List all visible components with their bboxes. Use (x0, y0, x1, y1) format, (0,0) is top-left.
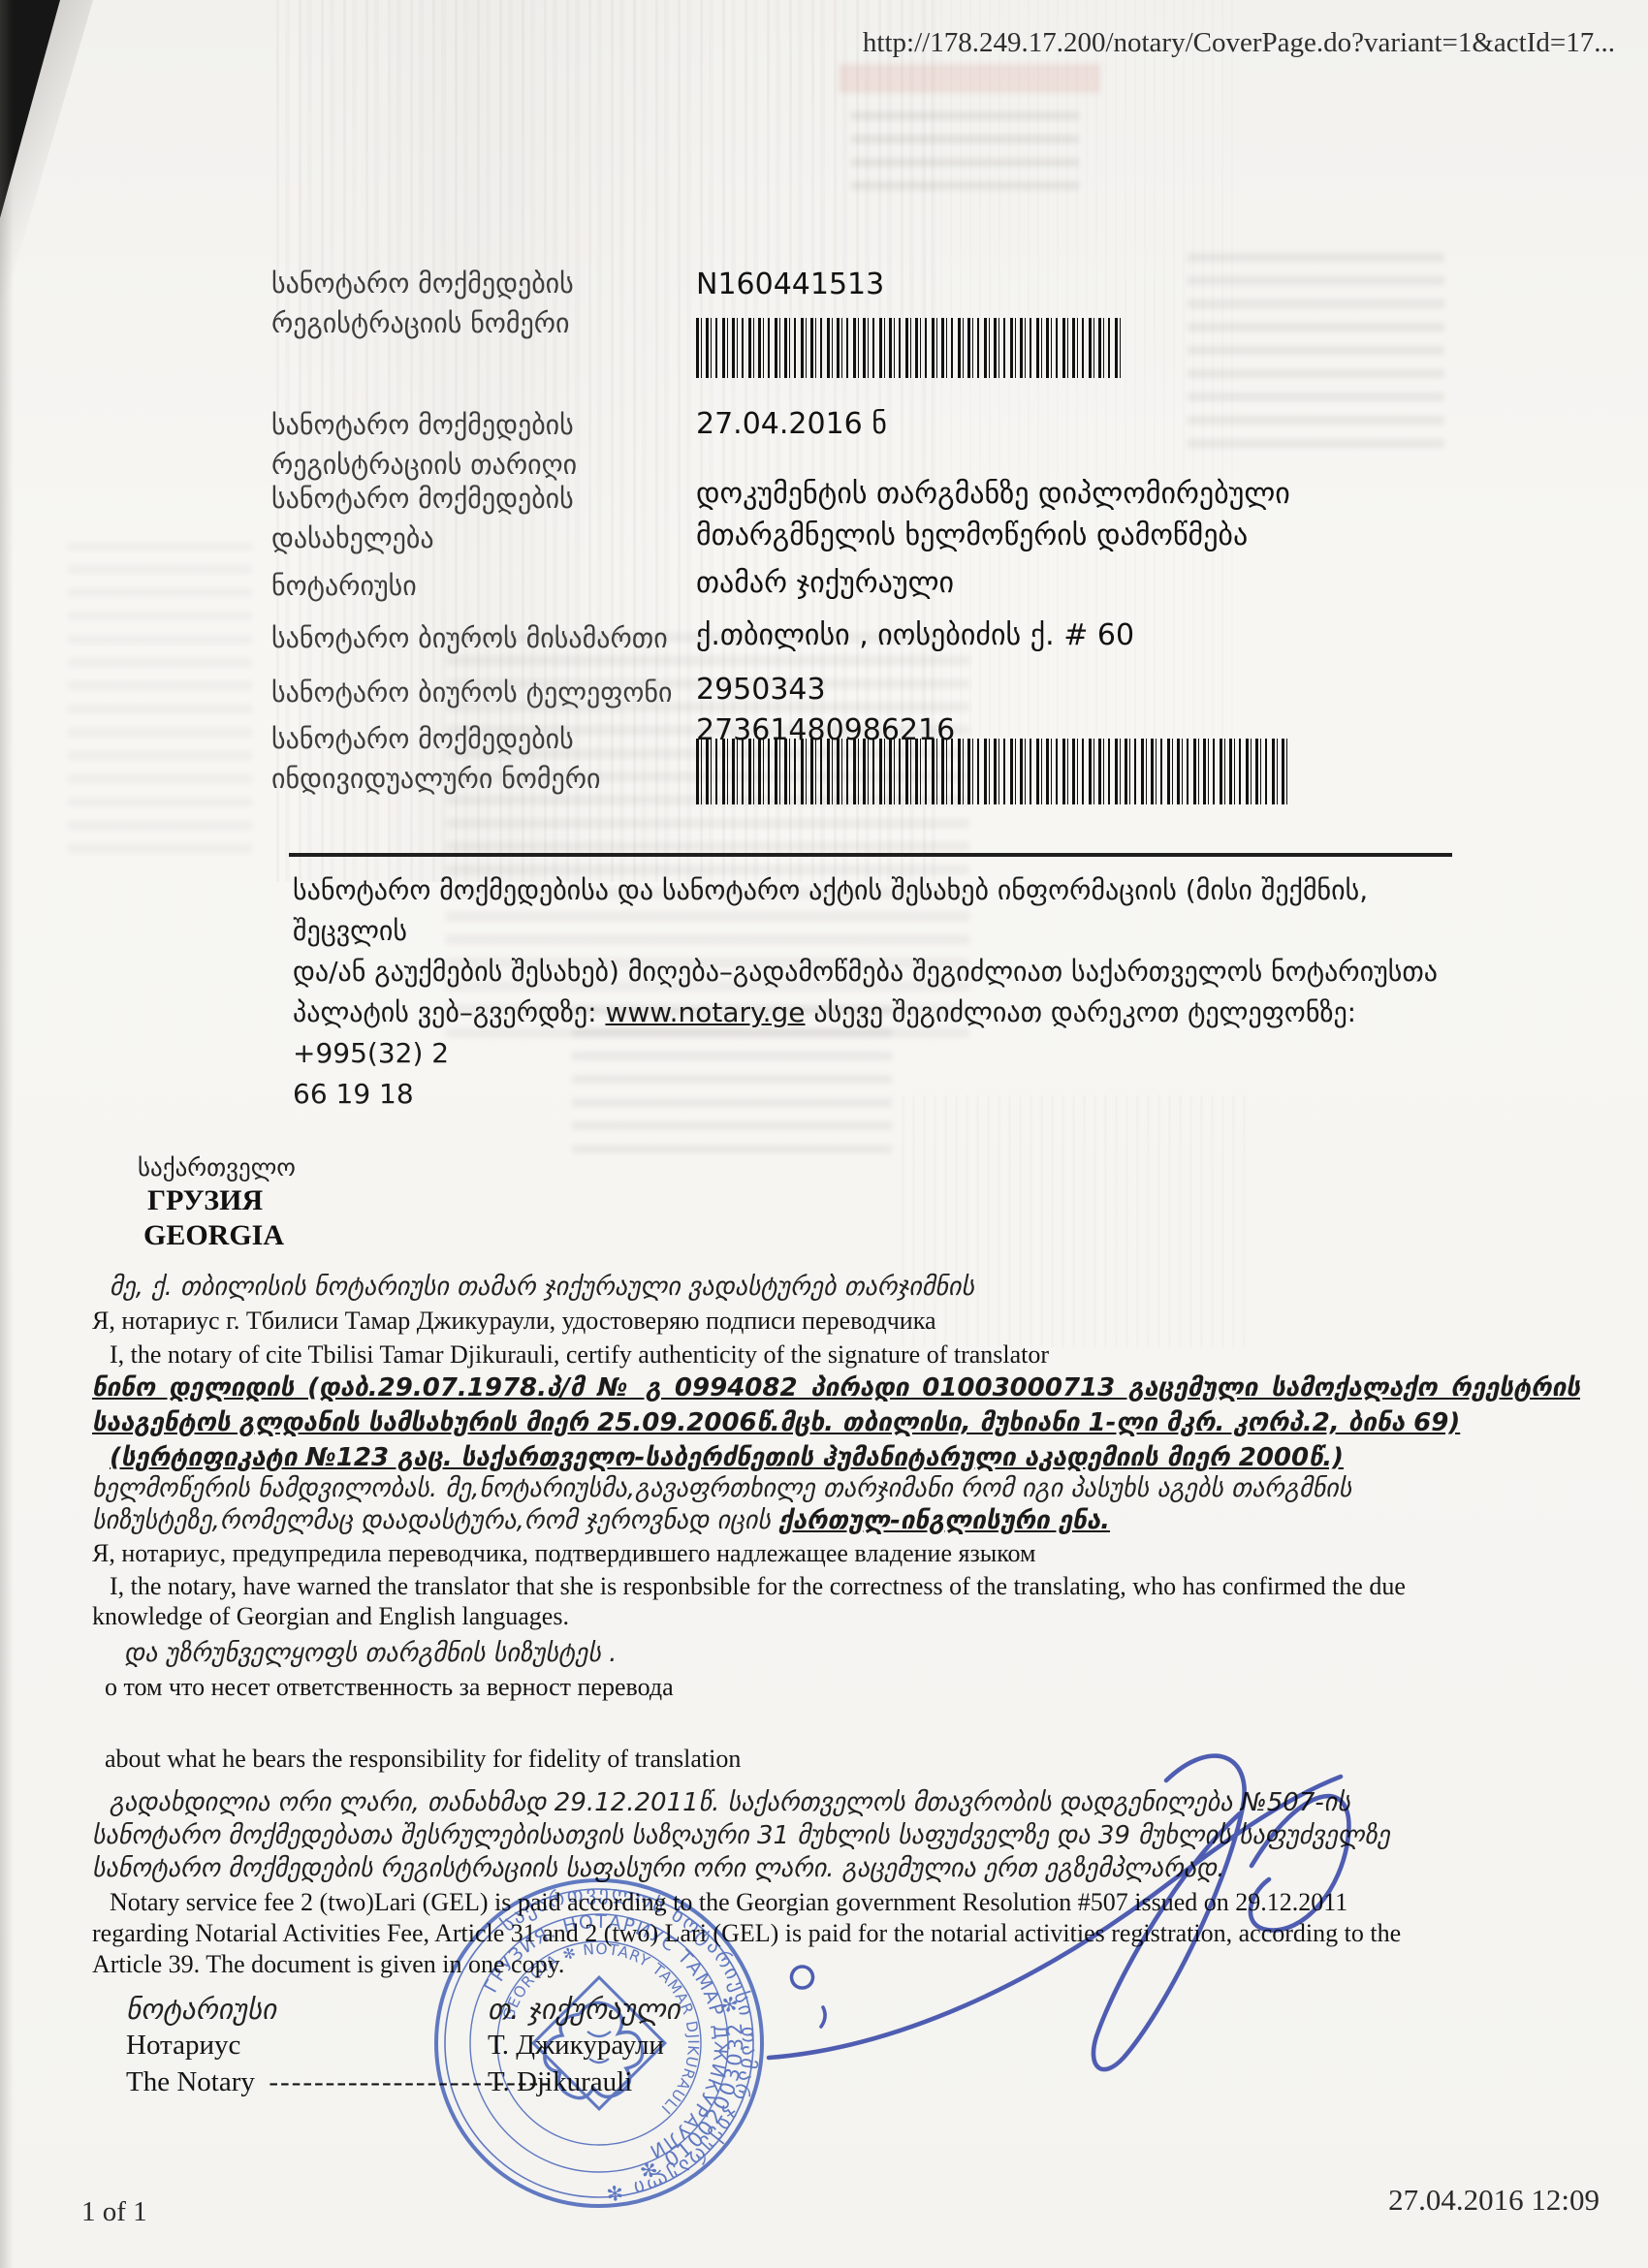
warning-georgian-line1: ხელმოწერის ნამდვილობას. მე,ნოტარიუსმა,გა… (92, 1473, 1590, 1505)
bureau-address-value: ქ.თბილისი , იოსებიძის ქ. # 60 (696, 614, 1134, 656)
signature-long-sweep (769, 1777, 1341, 2058)
statement-russian: Я, нотариус г. Тбилиси Тамар Джикураули,… (92, 1305, 1590, 1337)
individual-number-barcode (696, 739, 1289, 804)
info-line: სანოტარო მოქმედებისა და სანოტარო აქტის შ… (293, 870, 1471, 952)
sig-label-russian: Нотариус (126, 2030, 240, 2062)
field-label-individual-number: სანოტარო მოქმედების ინდივიდუალური ნომერი (271, 719, 601, 799)
bleed-through-ghost (68, 543, 252, 853)
act-name-value: დოკუმენტის თარგმანზე დიპლომირებული მთარგ… (696, 473, 1290, 556)
registration-number-barcode (696, 318, 1121, 378)
field-label-bureau-phone: სანოტარო ბიუროს ტელეფონი (271, 673, 672, 712)
stamp-ring-english-text: GEORGIA ✻ NOTARY TAMAR DJIKURAULI (499, 1940, 702, 2118)
translator-details-line2: სააგენტოს გლდანის სამსახურის მიერ 25.09.… (92, 1407, 1590, 1439)
warning-georgian-line2: სიზუსტეზე,რომელმაც დაადასტურა,რომ ჯეროვნ… (92, 1505, 1590, 1537)
registration-number-value: N160441513 (696, 264, 884, 305)
info-line: პალატის ვებ–გვერდზე: www.notary.ge ასევე… (293, 992, 1471, 1074)
signature-tall-loop (1093, 1756, 1245, 2069)
statement-georgian: მე, ქ. თბილისის ნოტარიუსი თამარ ჯიქურაულ… (92, 1272, 1607, 1304)
stamp-emblem-diamond (533, 1977, 665, 2109)
info-line: და/ან გაუქმების შესახებ) მიღება–გადამოწმ… (293, 952, 1471, 992)
bleed-through-ghost (839, 64, 1100, 93)
bleed-through-ghost (851, 101, 1079, 190)
warning-english-line1: I, the notary, have warned the translato… (92, 1570, 1607, 1602)
notary-name-value: თამარ ჯიქურაული (696, 562, 954, 604)
label-line: სანოტარო მოქმედების (271, 479, 574, 519)
country-russian: ГРУЗИЯ (147, 1184, 263, 1217)
value-line: დოკუმენტის თარგმანზე დიპლომირებული (696, 473, 1290, 515)
field-label-registration-date: სანოტარო მოქმედების რეგისტრაციის თარიღი (271, 405, 577, 485)
warning-text: სიზუსტეზე,რომელმაც დაადასტურა,რომ ჯეროვნ… (92, 1506, 778, 1535)
print-url-header: http://178.249.17.200/notary/CoverPage.d… (863, 27, 1615, 59)
field-label-notary: ნოტარიუსი (271, 566, 417, 606)
label-line: სანოტარო მოქმედების (271, 405, 577, 445)
scanned-notary-cover-page: http://178.249.17.200/notary/CoverPage.d… (0, 0, 1648, 2268)
print-timestamp: 27.04.2016 12:09 (1388, 2183, 1600, 2218)
registration-date-value: 27.04.2016 ნ (696, 403, 887, 445)
label-line: დასახელება (271, 519, 574, 558)
field-label-bureau-address: სანოტარო ბიუროს მისამართი (271, 618, 668, 658)
translator-certificate-line: (სერტიფიკატი №123 გაც. საქართველო-საბერძ… (92, 1442, 1607, 1474)
page-count: 1 of 1 (81, 2196, 147, 2228)
label-line: რეგისტრაციის ნომერი (271, 303, 574, 343)
statement-english: I, the notary of cite Tbilisi Tamar Djik… (92, 1339, 1607, 1370)
field-label-act-name: სანოტარო მოქმედების დასახელება (271, 479, 574, 558)
languages-underlined: ქართულ-ინგლისური ენა. (778, 1506, 1110, 1535)
svg-text:GEORGIA ✻ NOTARY TAMAR DJIKURA: GEORGIA ✻ NOTARY TAMAR DJIKURAULI (499, 1940, 702, 2118)
scan-left-edge-shadow (0, 0, 14, 2268)
bleed-through-ghost (1188, 244, 1444, 448)
handwritten-signature (713, 1720, 1381, 2127)
sig-label-text: The Notary (126, 2066, 255, 2097)
label-line: ინდივიდუალური ნომერი (271, 759, 601, 799)
info-line-pre: პალატის ვებ–გვერდზე: (293, 996, 605, 1028)
country-georgian: საქართველო (138, 1153, 296, 1181)
country-english: GEORGIA (143, 1219, 284, 1252)
sig-label-georgian: ნოტარიუსი (126, 1993, 276, 2026)
translator-details-line1: ნინო დელიდის (დაბ.29.07.1978.პ/მ № გ 099… (92, 1372, 1580, 1404)
label-line: სანოტარო მოქმედების (271, 719, 601, 759)
label-line: სანოტარო მოქმედების (271, 264, 574, 303)
stamp-emblem-detail (587, 2032, 611, 2063)
notary-website-link: www.notary.ge (605, 996, 805, 1028)
divider (289, 853, 1452, 857)
info-paragraph: სანოტარო მოქმედებისა და სანოტარო აქტის შ… (293, 870, 1471, 1115)
warning-russian: Я, нотариус, предупредила переводчика, п… (92, 1537, 1590, 1569)
field-label-registration-number: სანოტარო მოქმედების რეგისტრაციის ნომერი (271, 264, 574, 343)
accuracy-georgian: და უზრუნველყოფს თარგმნის სიზუსტეს . (124, 1638, 1622, 1670)
warning-english-line2: knowledge of Georgian and English langua… (92, 1600, 1590, 1632)
signature-small-mark (792, 1967, 826, 2027)
value-line: მთარგმნელის ხელმოწერის დამოწმება (696, 515, 1290, 556)
bureau-phone-value: 2950343 (696, 669, 826, 710)
accuracy-russian: о том что несет ответственность за верно… (105, 1671, 1602, 1703)
info-line: 66 19 18 (293, 1074, 1471, 1115)
